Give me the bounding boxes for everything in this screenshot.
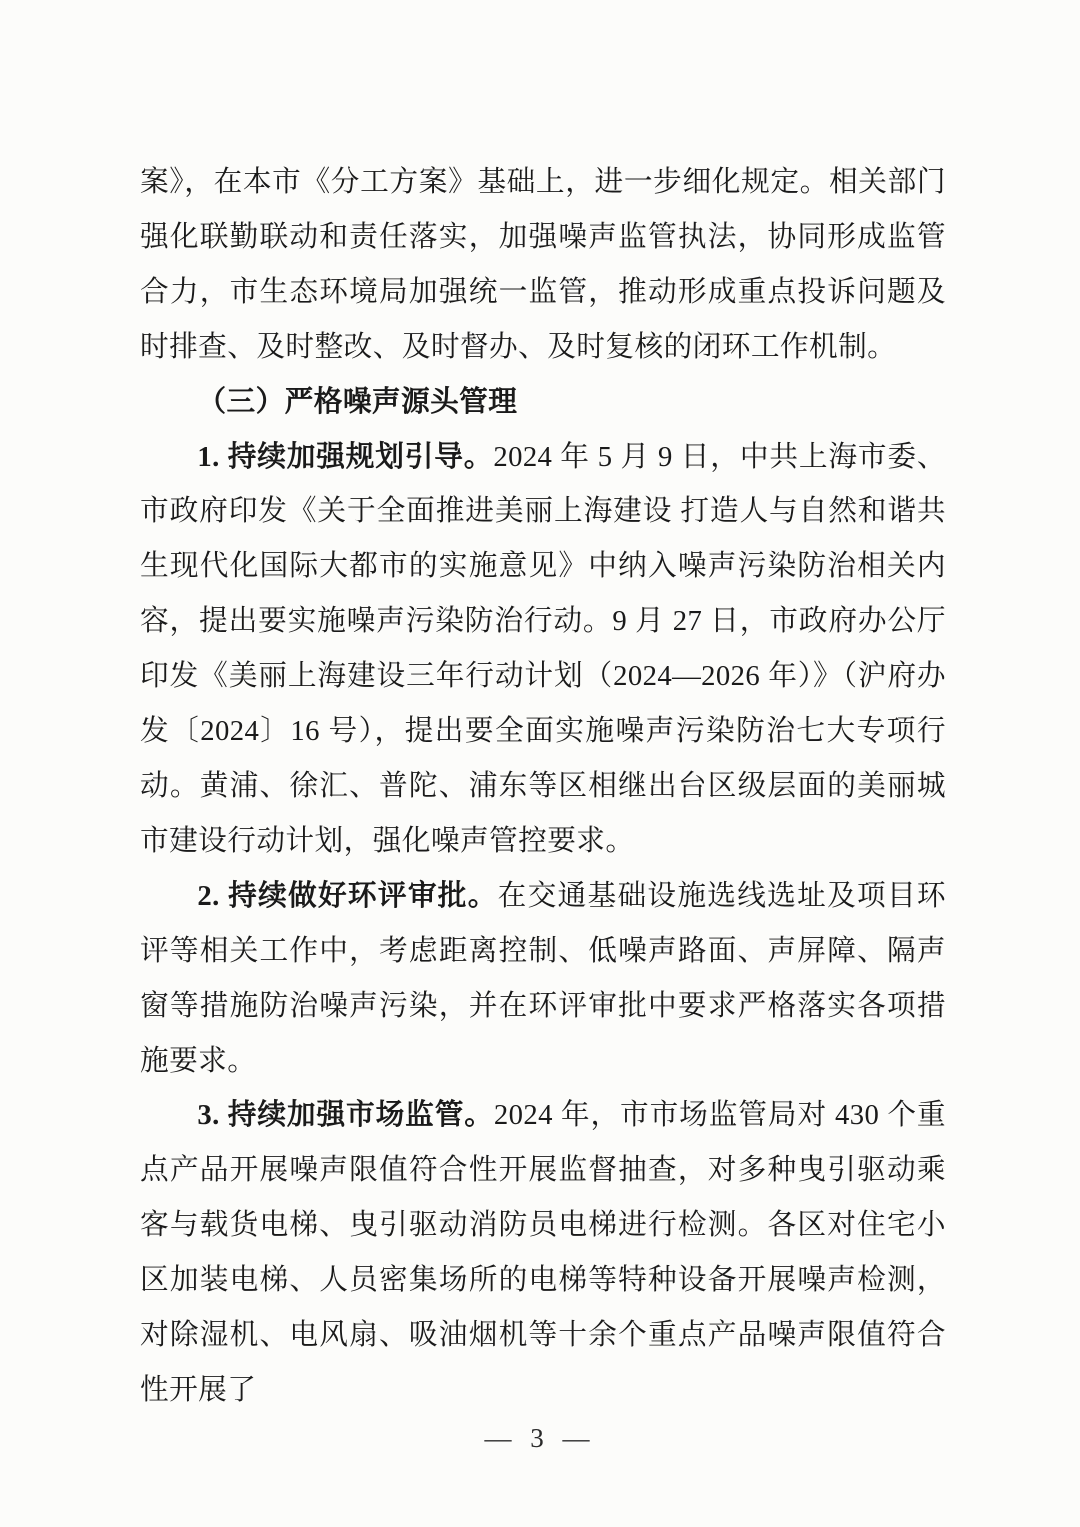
numbered-paragraph-3: 3. 持续加强市场监管。2024 年，市市场监管局对 430 个重点产品开展噪声… xyxy=(140,1088,946,1417)
paragraph-1-text: 2024 年 5 月 9 日，中共上海市委、市政府印发《关于全面推进美丽上海建设… xyxy=(140,441,946,857)
document-page: 案》，在本市《分工方案》基础上，进一步细化规定。相关部门强化联勤联动和责任落实，… xyxy=(0,0,1080,1527)
paragraph-2-lead: 2. 持续做好环评审批。 xyxy=(197,880,497,912)
paragraph-3-lead: 3. 持续加强市场监管。 xyxy=(197,1099,493,1131)
page-number: — 3 — xyxy=(485,1423,596,1453)
paragraph-1-lead: 1. 持续加强规划引导。 xyxy=(197,441,493,473)
paragraph-3-text: 2024 年，市市场监管局对 430 个重点产品开展噪声限值符合性开展监督抽查，… xyxy=(140,1099,946,1406)
continuation-paragraph-text: 案》，在本市《分工方案》基础上，进一步细化规定。相关部门强化联勤联动和责任落实，… xyxy=(140,166,946,363)
numbered-paragraph-1: 1. 持续加强规划引导。2024 年 5 月 9 日，中共上海市委、市政府印发《… xyxy=(140,430,946,869)
section-heading: （三）严格噪声源头管理 xyxy=(140,375,946,430)
numbered-paragraph-2: 2. 持续做好环评审批。在交通基础设施选线选址及项目环评等相关工作中，考虑距离控… xyxy=(140,869,946,1089)
document-body: 案》，在本市《分工方案》基础上，进一步细化规定。相关部门强化联勤联动和责任落实，… xyxy=(140,155,946,1418)
page-footer: — 3 — xyxy=(0,1420,1080,1456)
continuation-paragraph: 案》，在本市《分工方案》基础上，进一步细化规定。相关部门强化联勤联动和责任落实，… xyxy=(140,155,946,375)
